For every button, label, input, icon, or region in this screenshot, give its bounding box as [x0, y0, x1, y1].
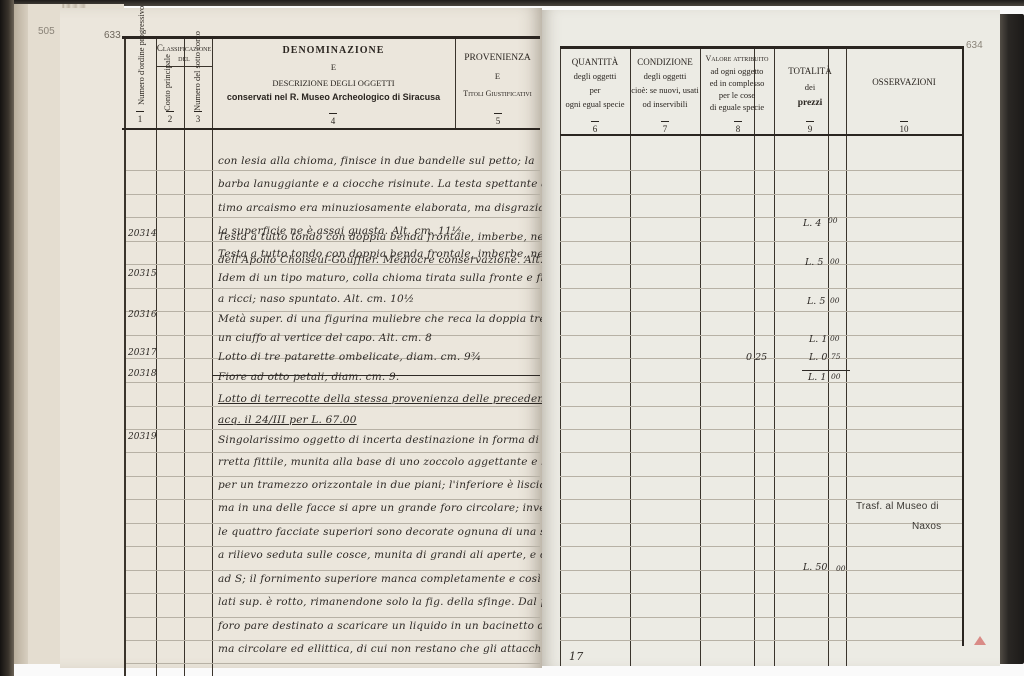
- price-total: L. 50: [803, 562, 827, 573]
- condition-title: CONDIZIONE: [630, 55, 700, 69]
- ruled-line: [560, 546, 962, 547]
- ruled-line: [126, 546, 540, 547]
- header-totals: TOTALITÀ dei prezzi: [774, 63, 846, 111]
- price-cents: 75: [831, 352, 841, 361]
- description-line: Metà super. di una figurina muliebre che…: [218, 313, 591, 325]
- header-value: Valore attribuito ad ogni oggetto ed in …: [700, 53, 774, 113]
- price-total: L. 5: [805, 257, 823, 268]
- entry-number: 20319: [128, 432, 157, 442]
- column-rule: [124, 36, 126, 676]
- lot-summary-line: Lotto di terrecotte della stessa proveni…: [218, 393, 552, 405]
- entry-number: 20318: [128, 369, 157, 379]
- price-cents: 00: [830, 334, 840, 343]
- ruled-line: [560, 335, 962, 336]
- condition-line: degli oggetti: [630, 69, 700, 83]
- ruled-line: [560, 217, 962, 218]
- value-title: Valore attribuito: [700, 53, 774, 65]
- page-edge-torn: [14, 4, 28, 664]
- totals-line: prezzi: [774, 95, 846, 111]
- header-condition: CONDIZIONE degli oggetti cioè: se nuovi,…: [630, 55, 700, 111]
- description-line: rretta fittile, munita alla base di uno …: [218, 456, 567, 468]
- ruled-line: [560, 640, 962, 641]
- header-col-num-4: 4: [325, 113, 341, 126]
- column-rule: [846, 46, 847, 666]
- value-line: ed in complesso: [700, 77, 774, 89]
- header-col-num-5: 5: [490, 113, 506, 126]
- description-line: Lotto di tre patarette ombelicate, diam.…: [218, 351, 481, 363]
- ruled-line: [560, 617, 962, 618]
- table-header-right: QUANTITÀ degli oggetti per ogni egual sp…: [560, 46, 962, 136]
- ruled-line: [126, 194, 540, 195]
- description-line: un ciuffo al vertice del capo. Alt. cm. …: [218, 332, 432, 344]
- denomination-title: DENOMINAZIONE: [212, 45, 455, 56]
- ruled-line: [126, 499, 540, 500]
- table-header-left: Numero d'ordine progressivo 1 Classifica…: [122, 36, 540, 130]
- value-line: di eguale specie: [700, 101, 774, 113]
- subtotal-value: L. 1: [808, 372, 826, 383]
- description-line: Testa a tutto tondo con doppia benda fro…: [218, 231, 572, 243]
- header-denomination: DENOMINAZIONE E DESCRIZIONE DEGLI OGGETT…: [212, 45, 455, 102]
- ruled-line: [560, 241, 962, 242]
- subtotal-line: [802, 370, 850, 371]
- ruled-line: [126, 452, 540, 453]
- header-col-num-2: 2: [162, 111, 178, 124]
- header-col-num-10: 10: [896, 121, 912, 134]
- header-quantity: QUANTITÀ degli oggetti per ogni egual sp…: [560, 55, 630, 111]
- description-line: timo arcaismo era minuziosamente elabora…: [218, 202, 590, 214]
- unit-value: 0 25: [746, 352, 767, 363]
- price-cents: 00: [828, 216, 838, 225]
- header-col-num-7: 7: [657, 121, 673, 134]
- column-rule: [630, 46, 631, 666]
- header-col-num-3: 3: [190, 111, 206, 124]
- column-rule: [774, 46, 775, 666]
- lot-summary-line: acq. il 24/III per L. 67.00: [218, 414, 357, 426]
- ruled-line: [126, 593, 540, 594]
- classification-title: Classificazione: [156, 43, 212, 53]
- ruled-line: [560, 476, 962, 477]
- ink-folio-number: 633: [104, 30, 121, 41]
- description-line: Idem di un tipo maturo, colla chioma tir…: [218, 272, 579, 284]
- description-line: a rilievo seduta sulle cosce, munita di …: [218, 549, 576, 561]
- ruled-line: [560, 570, 962, 571]
- price-total: L. 4: [803, 218, 821, 229]
- ruled-line: [560, 288, 962, 289]
- entry-number: 20314: [128, 229, 157, 239]
- value-line: per le cose: [700, 89, 774, 101]
- header-col-order-number: Numero d'ordine progressivo: [136, 43, 146, 105]
- observation-note-line2: Naxos: [912, 521, 941, 532]
- header-col-num-8: 8: [730, 121, 746, 134]
- red-triangle-mark: [974, 636, 986, 645]
- ruled-line: [560, 452, 962, 453]
- ruled-line: [126, 406, 540, 407]
- ruled-line: [126, 311, 540, 312]
- header-observations: OSSERVAZIONI: [846, 75, 962, 89]
- totals-line: dei: [774, 79, 846, 95]
- totals-title: TOTALITÀ: [774, 63, 846, 79]
- price-total: L. 5: [807, 296, 825, 307]
- provenance-title: PROVENIENZA: [455, 53, 540, 63]
- header-col-main-account: Conto principale: [162, 61, 172, 111]
- price-cents: 00: [836, 564, 846, 573]
- pencil-folio-number: 505: [38, 26, 55, 37]
- denomination-subtitle: DESCRIZIONE DEGLI OGGETTI: [212, 78, 455, 88]
- ruled-line: [560, 429, 962, 430]
- ruled-line: [126, 476, 540, 477]
- ruled-line: [560, 264, 962, 265]
- ruled-line: [560, 406, 962, 407]
- description-line: ma in una delle facce si apre un grande …: [218, 502, 558, 514]
- ruled-line: [560, 170, 962, 171]
- entry-number: 20316: [128, 310, 157, 320]
- description-line: a ricci; naso spuntato. Alt. cm. 10½: [218, 293, 414, 305]
- ruled-line: [560, 499, 962, 500]
- ruled-line: [126, 217, 540, 218]
- open-ledger-book: 505 633 Numero d'ordine progressivo 1 Cl…: [0, 0, 1024, 676]
- column-rule: [560, 46, 561, 666]
- ruled-line: [126, 288, 540, 289]
- ruled-line: [126, 170, 540, 171]
- denomination-e: E: [212, 62, 455, 72]
- description-line: le quattro facciate superiori sono decor…: [218, 526, 574, 538]
- entry-number: 20317: [128, 348, 157, 358]
- provenance-subtitle: Titoli Giustificativi: [455, 89, 540, 98]
- description-line: Singolarissimo oggetto di incerta destin…: [218, 434, 581, 446]
- museum-name: conservati nel R. Museo Archeologico di …: [212, 92, 455, 102]
- condition-line: od inservibili: [630, 97, 700, 111]
- ruled-line: [126, 570, 540, 571]
- provenance-e: E: [455, 71, 540, 81]
- ruled-line: [560, 523, 962, 524]
- description-line: ma circolare ed ellittica, di cui non re…: [218, 643, 569, 655]
- observations-title: OSSERVAZIONI: [846, 75, 962, 89]
- description-line: Fiore ad otto petali, diam. cm. 9.: [218, 371, 399, 383]
- value-line: ad ogni oggetto: [700, 65, 774, 77]
- quantity-line: ogni egual specie: [560, 97, 630, 111]
- description-line: per un tramezzo orizzontale in due piani…: [218, 479, 550, 491]
- header-col-num-6: 6: [587, 121, 603, 134]
- price-total: L. 1: [809, 334, 827, 345]
- book-cover-right: [998, 14, 1024, 664]
- price-total: L. 0: [809, 352, 827, 363]
- observation-note-line1: Trasf. al Museo di: [856, 501, 939, 512]
- column-rule: [700, 46, 701, 666]
- column-rule: [962, 46, 964, 646]
- ruled-line: [560, 593, 962, 594]
- column-rule: [184, 36, 185, 676]
- book-cover-left: [0, 0, 14, 676]
- ruled-line: [560, 382, 962, 383]
- quantity-line: per: [560, 83, 630, 97]
- ruled-line: [126, 429, 540, 430]
- price-cents: 00: [830, 296, 840, 305]
- condition-line: cioè: se nuovi, usati: [630, 83, 700, 97]
- ruled-line: [126, 640, 540, 641]
- subtotal-cents: 00: [831, 372, 841, 381]
- ruled-line: [126, 617, 540, 618]
- ruled-line: [126, 663, 540, 664]
- quantity-title: QUANTITÀ: [560, 55, 630, 69]
- header-col-sub-account: Numero del sotto conto: [192, 61, 202, 111]
- ruled-line: [126, 523, 540, 524]
- quantity-line: degli oggetti: [560, 69, 630, 83]
- column-rule: [828, 46, 829, 666]
- header-provenance: PROVENIENZA E Titoli Giustificativi: [455, 53, 540, 98]
- ruled-line: [560, 311, 962, 312]
- description-line: foro pare destinato a scaricare un liqui…: [218, 620, 571, 632]
- column-rule: [212, 36, 213, 676]
- footer-mark: 17: [569, 650, 583, 663]
- price-cents: 00: [830, 257, 840, 266]
- book-cover-top-edge: [0, 0, 1024, 6]
- header-col-num-9: 9: [802, 121, 818, 134]
- ruled-line: [560, 194, 962, 195]
- description-line: con lesia alla chioma, finisce in due ba…: [218, 155, 535, 167]
- description-line: dell'Apollo Choiseul-Gouffier. Mediocre …: [218, 254, 588, 266]
- header-col-num-1: 1: [132, 111, 148, 124]
- description-line: barba lanuggiante e a ciocche risinute. …: [218, 178, 572, 190]
- pencil-folio-number-right: 634: [966, 40, 983, 51]
- description-line: ad S; il fornimento superiore manca comp…: [218, 573, 585, 585]
- entry-number: 20315: [128, 269, 157, 279]
